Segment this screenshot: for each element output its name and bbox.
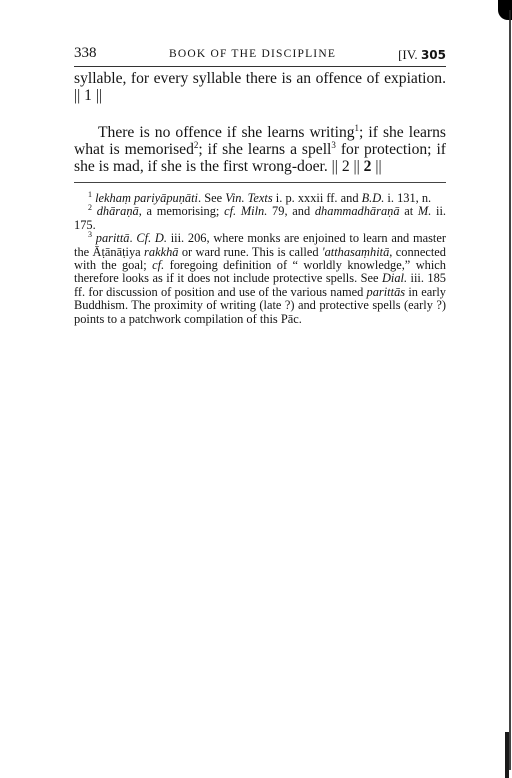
footnote-text: Cf. D. <box>136 231 167 245</box>
footnote-text: B.D. <box>362 191 385 205</box>
header-rule <box>74 66 446 67</box>
body-paragraph-2: There is no offence if she learns writin… <box>74 124 446 175</box>
footnote-text: rakkhā <box>144 245 178 259</box>
footnote-text: parittā <box>96 231 130 245</box>
footnote-text: dhammadhāraṇā <box>315 204 400 218</box>
footnote-number: 2 <box>88 203 92 212</box>
scan-artifact-edge <box>509 10 511 770</box>
footnote-text: parittās <box>367 285 406 299</box>
footnote-rule <box>74 182 446 183</box>
text-segment: || <box>371 158 381 175</box>
scan-artifact-bottom <box>505 732 509 778</box>
footnote-text: i. p. xxxii ff. and <box>273 191 362 205</box>
footnote-text: . See <box>198 191 225 205</box>
page-header-area: 338 BOOK OF THE DISCIPLINE [IV. 305 <box>74 44 446 64</box>
text-segment: There is no offence if she learns writin… <box>98 124 355 141</box>
footnote-number: 1 <box>88 190 92 199</box>
footnote-text: Vin. Texts <box>225 191 273 205</box>
section-ref-prefix: [IV. <box>398 47 418 62</box>
page-number: 338 <box>74 45 97 62</box>
footnote-3: 3 parittā. Cf. D. iii. 206, where monks … <box>74 232 446 326</box>
footnote-text: 79, and <box>267 204 315 218</box>
footnote-text: Dial. <box>382 271 407 285</box>
text-segment: ; if she learns a spell <box>198 141 331 158</box>
footnote-text: lekhaṃ pariyāpuṇāti <box>95 191 198 205</box>
footnote-text: M. <box>418 204 431 218</box>
footnote-number: 3 <box>88 230 92 239</box>
footnote-text: cf. <box>152 258 164 272</box>
footnote-text: , a memorising; <box>139 204 224 218</box>
footnote-text: dhāraṇā <box>97 204 139 218</box>
footnote-text: i. 131, n. <box>384 191 431 205</box>
footnote-text: or ward rune. This is called <box>178 245 321 259</box>
footnotes: 1 lekhaṃ pariyāpuṇāti. See Vin. Texts i.… <box>74 192 446 326</box>
footnote-text: cf. Miln. <box>224 204 267 218</box>
running-header: 338 BOOK OF THE DISCIPLINE [IV. 305 <box>74 44 446 64</box>
footnote-text: at <box>400 204 418 218</box>
body-paragraph-1: syllable, for every syllable there is an… <box>74 70 446 104</box>
footnote-text: 'atthasaṃhitā <box>322 245 389 259</box>
section-ref-number: 305 <box>421 48 446 62</box>
section-reference: [IV. 305 <box>398 47 446 63</box>
footnote-2: 2 dhāraṇā, a memorising; cf. Miln. 79, a… <box>74 205 446 232</box>
running-title: BOOK OF THE DISCIPLINE <box>169 48 336 60</box>
